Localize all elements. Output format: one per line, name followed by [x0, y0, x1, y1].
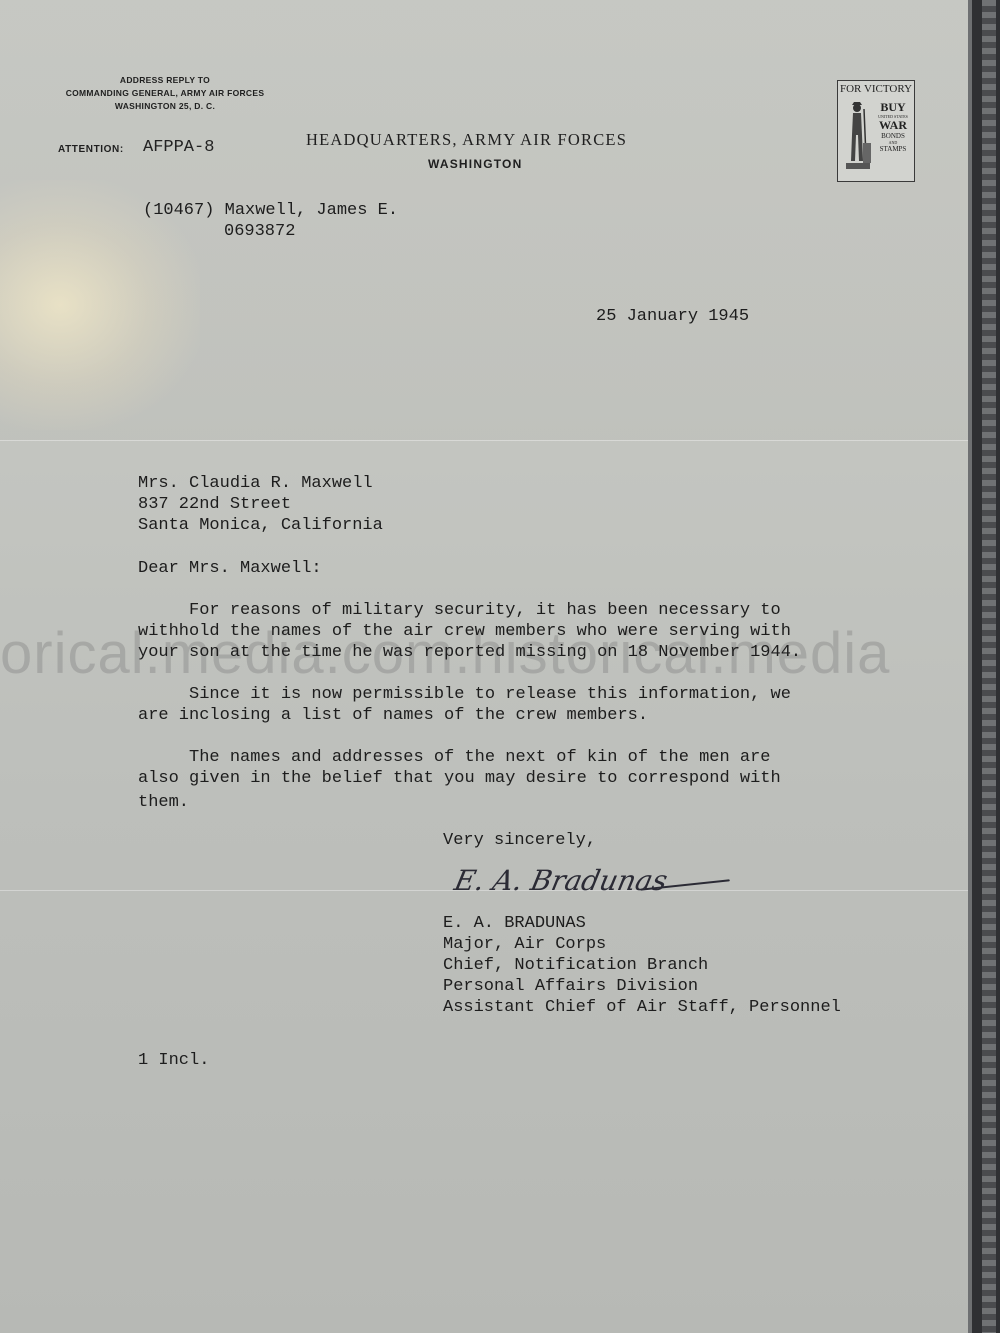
war-bonds-stamp: FOR VICTORY BUY UNITED STATES WAR BONDS …: [837, 80, 915, 182]
body-line: The names and addresses of the next of k…: [138, 747, 771, 768]
attention-value: AFPPA-8: [143, 138, 214, 157]
reference-line: (10467) Maxwell, James E.: [143, 200, 398, 221]
recipient-name: Mrs. Claudia R. Maxwell: [138, 473, 373, 494]
body-line: them.: [138, 792, 189, 813]
enclosure-note: 1 Incl.: [138, 1050, 209, 1071]
signer-rank: Major, Air Corps: [443, 934, 606, 955]
body-line: also given in the belief that you may de…: [138, 768, 781, 789]
fold-line: [0, 440, 972, 441]
signer-title: Chief, Notification Branch: [443, 955, 708, 976]
stamp-text: BUY UNITED STATES WAR BONDS AND STAMPS: [874, 101, 912, 153]
stamp-title: FOR VICTORY: [840, 83, 912, 95]
address-reply-line: ADDRESS REPLY TO: [50, 74, 280, 87]
stamp-war: WAR: [874, 119, 912, 132]
body-line: For reasons of military security, it has…: [138, 600, 781, 621]
address-reply-line: COMMANDING GENERAL, ARMY AIR FORCES: [50, 87, 280, 100]
service-number: 0693872: [224, 221, 295, 242]
address-reply-line: WASHINGTON 25, D. C.: [50, 100, 280, 113]
salutation: Dear Mrs. Maxwell:: [138, 558, 322, 579]
letterhead-city: WASHINGTON: [428, 157, 522, 171]
attention-label: ATTENTION:: [58, 144, 124, 155]
handwritten-signature: E. A. Bradunas: [451, 864, 670, 897]
letter-date: 25 January 1945: [596, 306, 749, 327]
closing: Very sincerely,: [443, 830, 596, 851]
signer-division: Personal Affairs Division: [443, 976, 698, 997]
signer-office: Assistant Chief of Air Staff, Personnel: [443, 997, 841, 1018]
stamp-bonds: BONDS: [874, 132, 912, 140]
minuteman-soldier-icon: [844, 99, 872, 173]
body-line: withhold the names of the air crew membe…: [138, 621, 791, 642]
letterhead-title: HEADQUARTERS, ARMY AIR FORCES: [306, 130, 627, 150]
sleeve-binding: [982, 0, 996, 1333]
address-reply-block: ADDRESS REPLY TO COMMANDING GENERAL, ARM…: [50, 74, 280, 113]
body-line: your son at the time he was reported mis…: [138, 642, 801, 663]
signer-name: E. A. BRADUNAS: [443, 913, 586, 934]
recipient-street: 837 22nd Street: [138, 494, 291, 515]
body-line: are inclosing a list of names of the cre…: [138, 705, 648, 726]
stamp-stamps: STAMPS: [874, 145, 912, 153]
body-line: Since it is now permissible to release t…: [138, 684, 791, 705]
recipient-city: Santa Monica, California: [138, 515, 383, 536]
stamp-buy: BUY: [874, 101, 912, 114]
